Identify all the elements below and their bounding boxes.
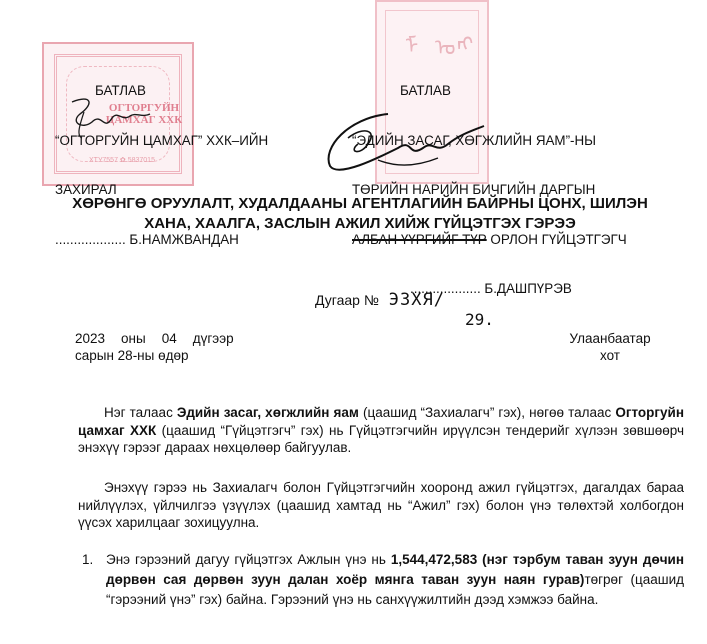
clause-text: Энэ гэрээний дагуу гүйцэтгэх Ажлын үнэ н…	[106, 552, 391, 567]
contract-number: Дугаар № ЭЗХЯ/ 29.	[315, 290, 445, 310]
intro-paragraph: Нэг талаас Эдийн засаг, хөгжлийн яам (ца…	[78, 404, 684, 457]
signature-icon	[62, 92, 152, 142]
clause-1: 1. Энэ гэрээний дагуу гүйцэтгэх Ажлын үн…	[82, 550, 684, 610]
customer-name: Эдийн засаг, хөгжлийн яам	[177, 405, 359, 420]
signature-icon	[318, 108, 488, 178]
date-month: 04	[162, 330, 177, 347]
right-approval-block: БАТЛАВ “ЭДИЙН ЗАСАГ, ХӨГЖЛИЙН ЯАМ”-НЫ ТӨ…	[352, 50, 627, 314]
scope-paragraph: Энэхүү гэрээ нь Захиалагч болон Гүйцэтгэ…	[78, 479, 684, 532]
contract-number-handwritten: ЭЗХЯ/	[389, 290, 445, 310]
approve-label: БАТЛАВ	[352, 83, 627, 100]
contract-date: 2023оны04дүгээр сарын 28-ны өдөр	[75, 330, 250, 364]
date-day: сарын 28-ны өдөр	[75, 347, 250, 364]
para-text: Нэг талаас	[104, 405, 177, 420]
document-title: ХӨРӨНГӨ ОРУУЛАЛТ, ХУДАЛДААНЫ АГЕНТЛАГИЙН…	[40, 194, 680, 234]
date-month-suffix: дүгээр	[193, 330, 234, 347]
para-text: (цаашид “Гүйцэтгэгч” гэх) нь Гүйцэтгэгчи…	[78, 423, 684, 456]
date-year-suffix: оны	[121, 330, 146, 347]
clause-number: 1.	[82, 550, 93, 570]
city-suffix: хот	[560, 347, 660, 364]
contract-number-label: Дугаар №	[315, 292, 379, 308]
title-line-2: ХАНА, ХААЛГА, ЗАСЛЫН АЖИЛ ХИЙЖ ГҮЙЦЭТГЭХ…	[40, 214, 680, 234]
city-name: Улаанбаатар	[560, 330, 660, 347]
contract-number-handwritten-suffix: 29.	[465, 310, 494, 329]
date-year: 2023	[75, 330, 105, 347]
title-line-1: ХӨРӨНГӨ ОРУУЛАЛТ, ХУДАЛДААНЫ АГЕНТЛАГИЙН…	[40, 194, 680, 214]
para-text: (цаашид “Захиалагч” гэх), нөгөө талаас	[359, 405, 615, 420]
contract-city: Улаанбаатар хот	[560, 330, 660, 364]
